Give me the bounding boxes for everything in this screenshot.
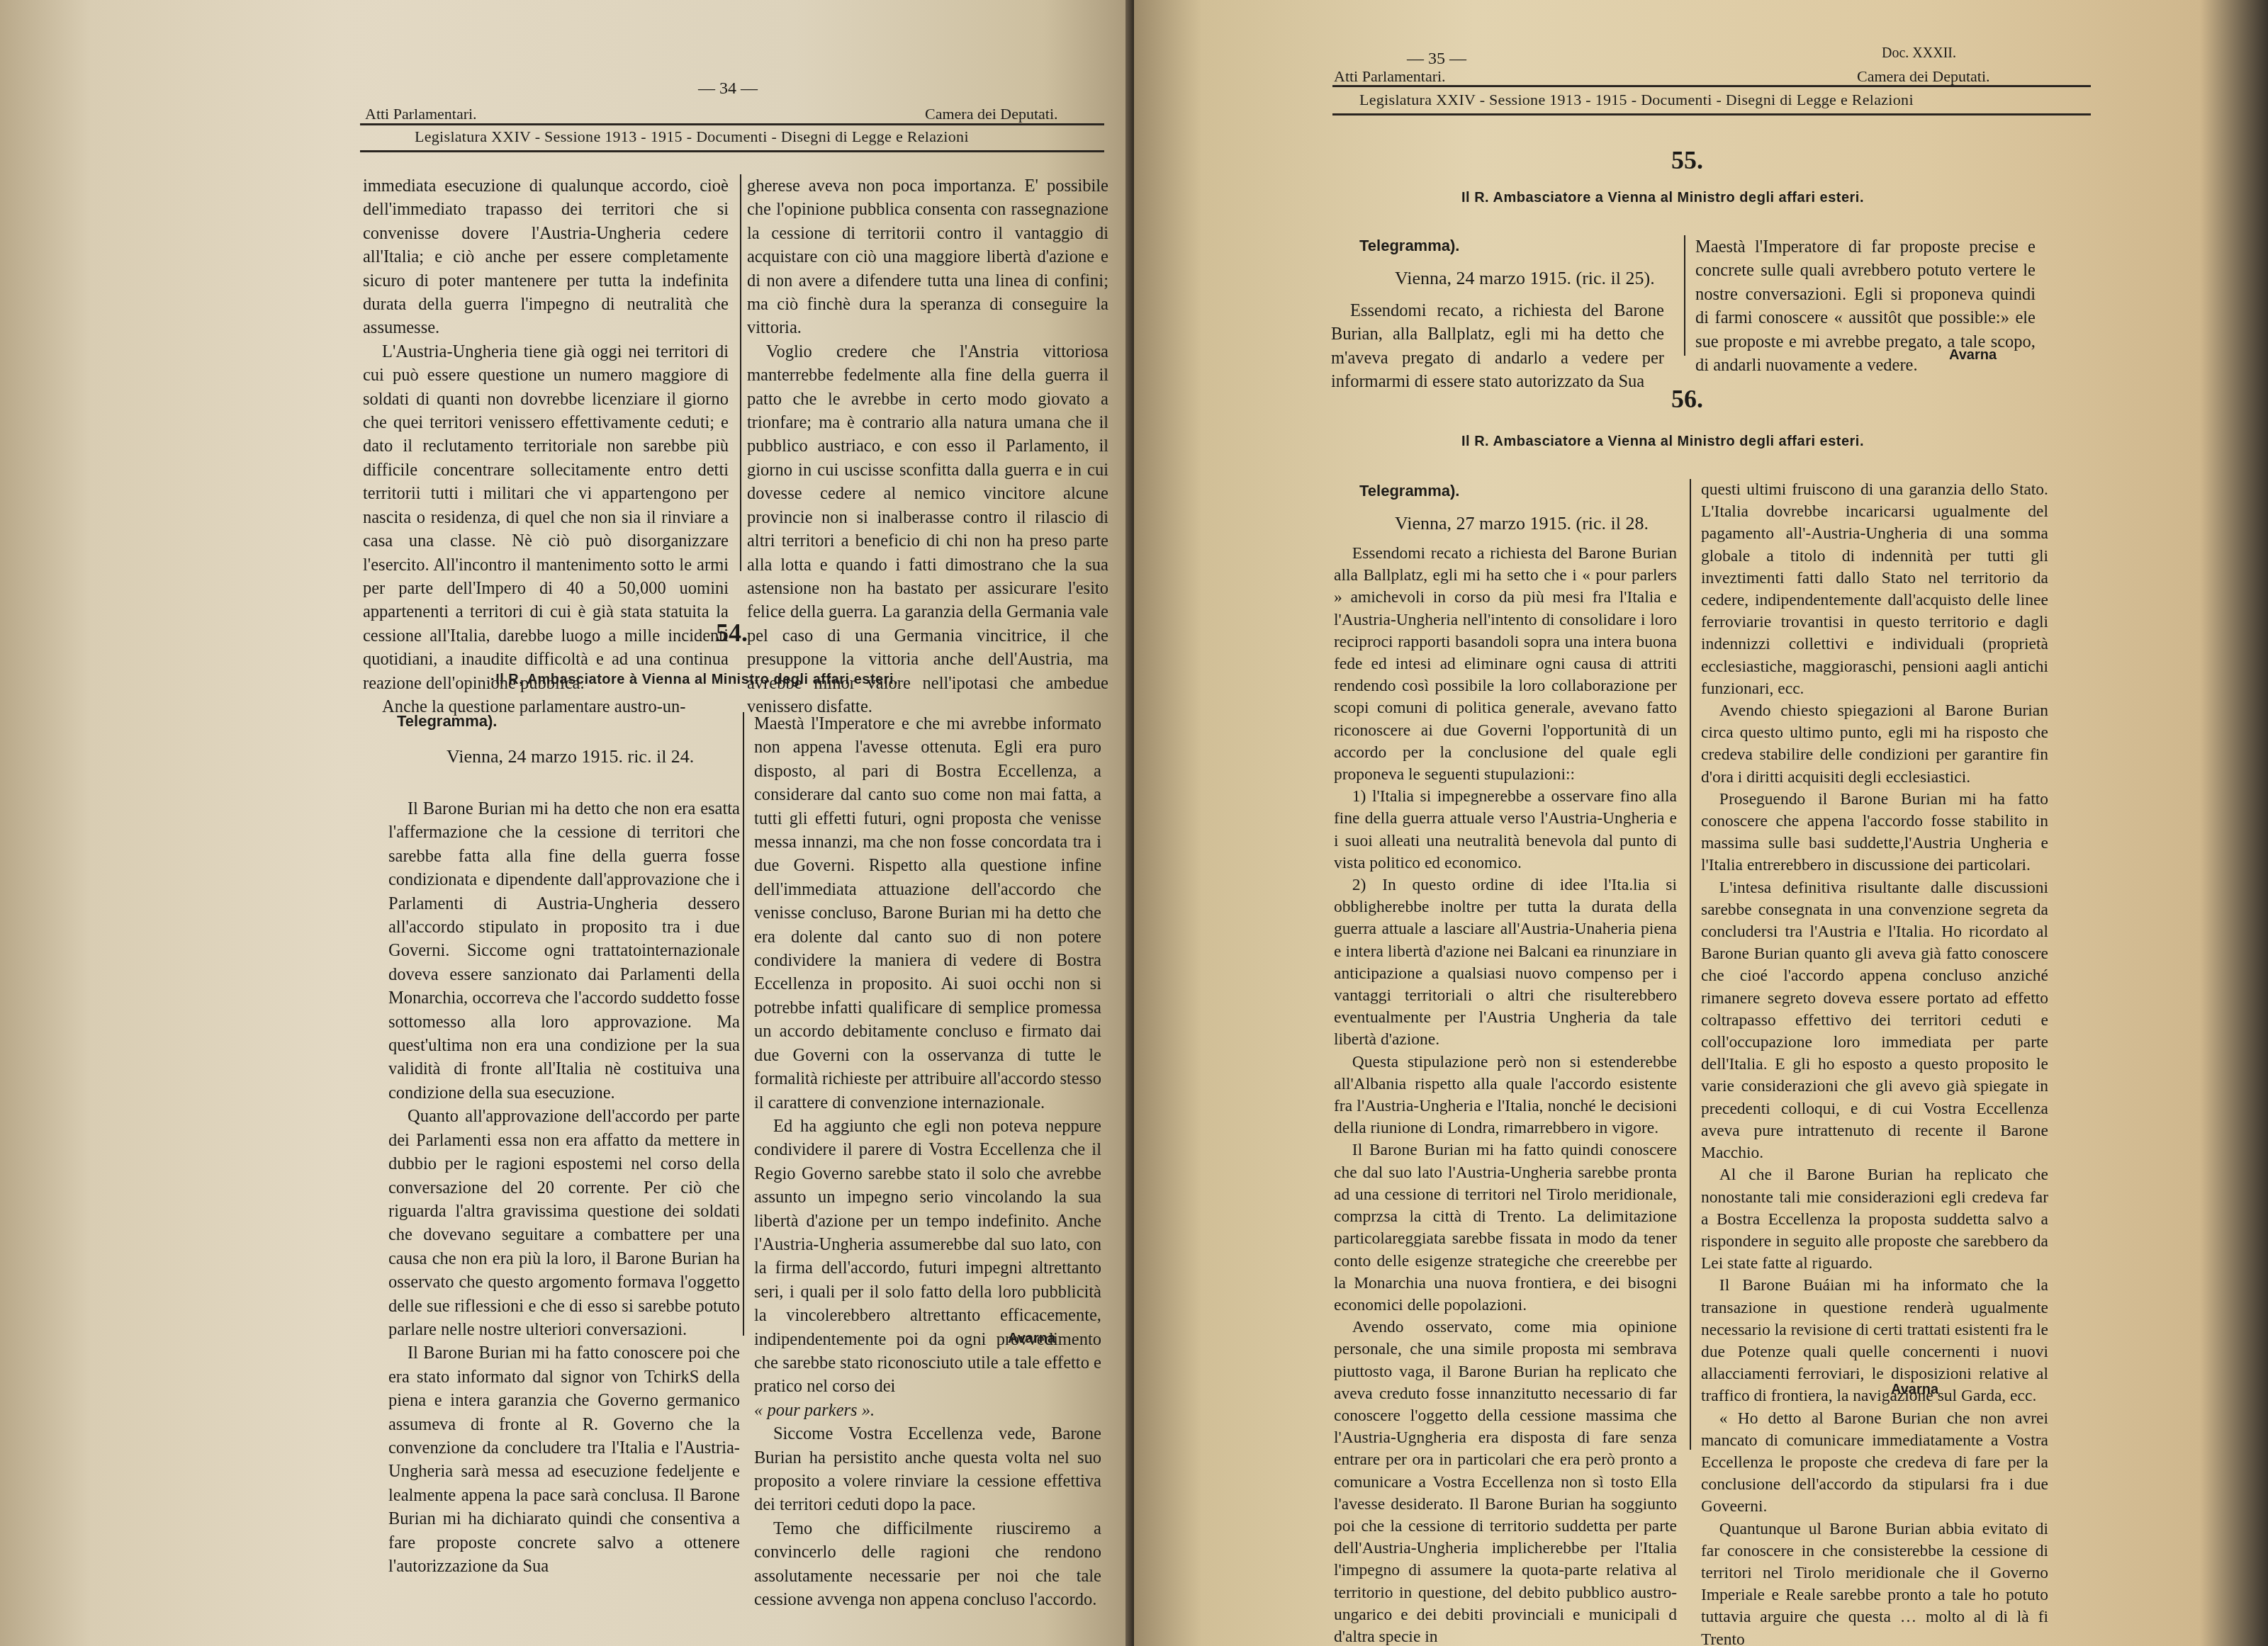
paragraph: Avendo osservato, come mia opinione pers… (1334, 1317, 1677, 1646)
header-subtitle: Legislatura XXIV - Sessione 1913 - 1915 … (1359, 91, 1914, 109)
paragraph: Essendomi recato a richiesta del Barone … (1334, 543, 1677, 786)
header-right: Camera dei Deputati. (1857, 67, 1990, 86)
doc-label: Doc. XXXII. (1882, 45, 1956, 62)
column-divider (740, 174, 741, 571)
doc55-col1: Essendomi recato, a richiesta del Barone… (1331, 299, 1664, 394)
paragraph: Questa stipulazione però non si estender… (1334, 1052, 1677, 1140)
header-left: Atti Parlamentari. (1334, 67, 1446, 86)
dateline: Vienna, 24 marzo 1915. ric. il 24. (447, 746, 694, 767)
document-address: Il R. Ambasciatore a Vienna al Ministro … (1461, 190, 1864, 206)
paragraph: Il Barone Burian mi ha fatto quindi cono… (1334, 1139, 1677, 1317)
header-rule (360, 150, 1104, 152)
dateline: Vienna, 27 marzo 1915. (ric. il 28. (1395, 513, 1649, 534)
page-number: — 35 — (1407, 50, 1466, 69)
document-number: 54. (716, 618, 748, 648)
dateline: Vienna, 24 marzo 1915. (ric. il 25). (1395, 268, 1655, 289)
column-divider (743, 712, 744, 1336)
paragraph: Il Barone Buáian mi ha informato che la … (1701, 1275, 2048, 1407)
paragraph: Quanto all'approvazione dell'accordo per… (388, 1105, 740, 1341)
doc54-col2: Maestà l'Imperatore e che mi avrebbe inf… (754, 712, 1101, 1611)
continued-text-col1: immediata esecuzione di qualunque accord… (363, 174, 729, 718)
stipulation-2: 2) In questo ordine di idee l'Ita.lia si… (1334, 874, 1677, 1052)
header-left: Atti Parlamentari. (365, 105, 477, 123)
doc56-col2: questi ultimi fruiscono di una garanzia … (1701, 479, 2048, 1646)
document-number: 55. (1671, 145, 1703, 175)
paragraph: Temo che difficilmente riusciremo a conv… (754, 1517, 1101, 1612)
telegram-label: Telegramma). (1359, 482, 1459, 500)
paragraph: Ed ha aggiunto che egli non poteva neppu… (754, 1115, 1101, 1399)
paragraph: Avendo chiesto spiegazioni al Barone Bur… (1701, 700, 2048, 789)
header-subtitle: Legislatura XXIV - Sessione 1913 - 1915 … (415, 128, 969, 146)
paragraph: questi ultimi fruiscono di una garanzia … (1701, 479, 2048, 700)
paragraph: Il Barone Burian mi ha fatto conoscere p… (388, 1341, 740, 1578)
telegram-label: Telegramma). (397, 712, 497, 731)
document-number: 56. (1671, 384, 1703, 414)
header-rule (360, 123, 1104, 125)
right-page: — 35 — Doc. XXXII. Atti Parlamentari. Ca… (1134, 0, 2268, 1646)
paragraph: Siccome Vostra Eccellenza vede, Barone B… (754, 1422, 1101, 1517)
signature: Avarna (1891, 1382, 1938, 1398)
doc54-col1: Il Barone Burian mi ha detto che non era… (388, 797, 740, 1578)
paragraph: Essendomi recato, a richiesta del Barone… (1331, 299, 1664, 394)
column-divider (1690, 479, 1691, 1450)
paragraph: Maestà l'Imperatore e che mi avrebbe inf… (754, 712, 1101, 1115)
stipulation-1: 1) l'Italia si impegnerebbe a osservare … (1334, 786, 1677, 874)
paragraph: immediata esecuzione di qualunque accord… (363, 174, 729, 340)
signature: Avarna (1008, 1331, 1055, 1347)
paragraph: « Ho detto al Barone Burian che non avre… (1701, 1408, 2048, 1518)
paragraph: L'intesa definitiva risultante dalle dis… (1701, 877, 2048, 1165)
paragraph: Quantunque ul Barone Burian abbia evitat… (1701, 1518, 2048, 1646)
header-rule (1332, 113, 2091, 115)
page-number: — 34 — (698, 79, 758, 98)
signature: Avarna (1949, 347, 1997, 363)
continued-text-col2: gherese aveva non poca importanza. E' po… (747, 174, 1108, 718)
document-address: Il R. Ambasciatore a Vienna al Ministro … (1461, 434, 1864, 450)
pour-parlers-quote: « pour parkers ». (754, 1399, 1101, 1422)
paragraph: Voglio credere che l'Anstria vittoriosa … (747, 340, 1108, 719)
header-right: Camera dei Deputati. (925, 105, 1058, 123)
telegram-label: Telegramma). (1359, 237, 1459, 255)
document-address: ·Il R, Ambasciatore à Vienna al Ministro… (490, 672, 898, 688)
paragraph: gherese aveva non poca importanza. E' po… (747, 174, 1108, 340)
paragraph: Il Barone Burian mi ha detto che non era… (388, 797, 740, 1105)
doc56-col1: Essendomi recato a richiesta del Barone … (1334, 543, 1677, 1646)
column-divider (1684, 235, 1685, 356)
paragraph: Al che il Barone Burian ha replicato che… (1701, 1164, 2048, 1275)
paragraph: L'Austria-Ungheria tiene già oggi nei te… (363, 340, 729, 695)
paragraph: Proseguendo il Barone Burian mi ha fatto… (1701, 789, 2048, 877)
left-page: — 34 — Atti Parlamentari. Camera dei Dep… (0, 0, 1134, 1646)
header-rule (1332, 85, 2091, 87)
